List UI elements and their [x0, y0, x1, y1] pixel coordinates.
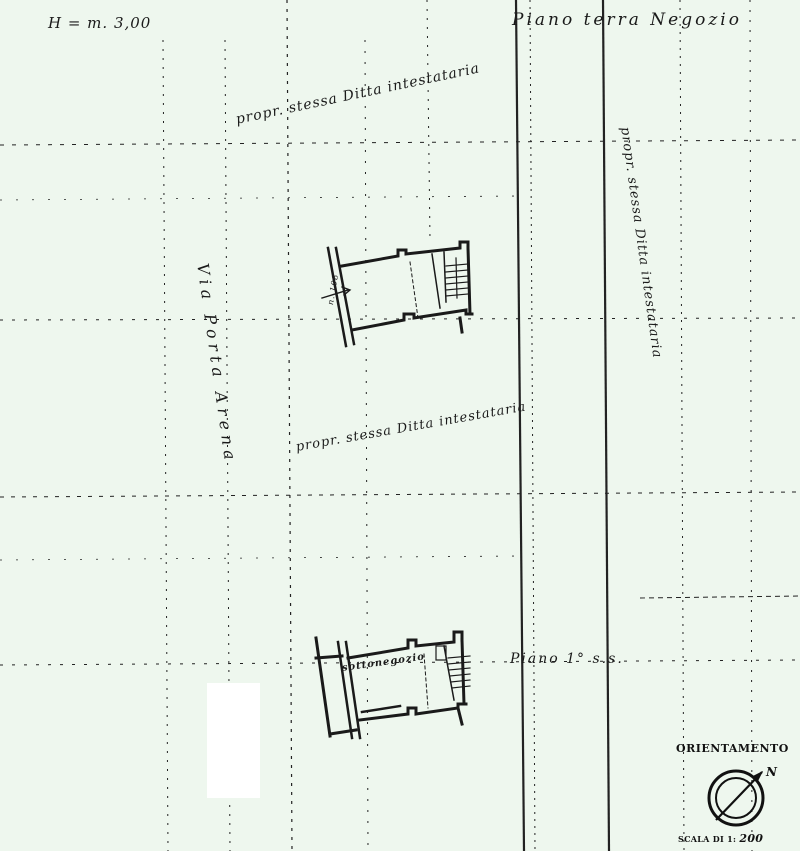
ground-floor-plan: [318, 238, 478, 348]
upper-floor-plan: [308, 628, 478, 748]
scale-value: 200: [739, 832, 763, 845]
height-note: H = m. 3,00: [48, 14, 151, 32]
scale-label: SCALA DI 1: 200: [678, 832, 763, 845]
cadastral-sheet: H = m. 3,00 Piano terra Negozio propr. s…: [0, 0, 800, 851]
north-symbol: N: [765, 765, 778, 779]
orientation-title: ORIENTAMENTO: [676, 742, 789, 755]
scale-prefix: SCALA DI 1:: [678, 834, 736, 844]
north-arrow-icon: N: [700, 760, 790, 830]
redaction-patch: [207, 683, 260, 798]
floor-title: Piano terra Negozio: [512, 10, 742, 30]
upper-floor-label: Piano 1° s.s.: [510, 651, 624, 667]
